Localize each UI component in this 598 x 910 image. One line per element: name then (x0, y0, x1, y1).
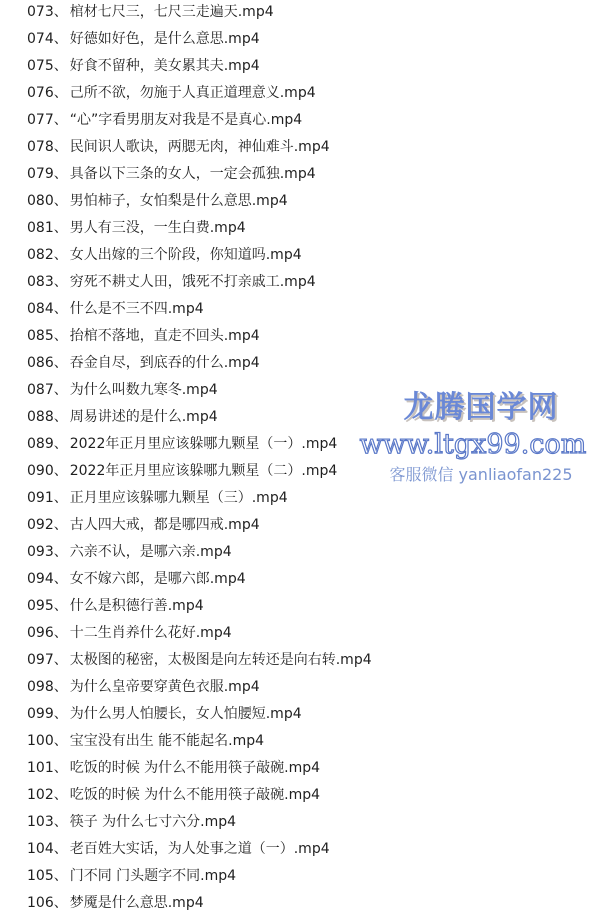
watermark-contact: 客服微信 yanliaofan225 (364, 462, 598, 488)
file-number: 073 (27, 0, 54, 26)
file-list-item: 086、吞金自尽，到底吞的什么.mp4 (27, 350, 372, 377)
file-name: 六亲不认，是哪六亲.mp4 (70, 544, 232, 560)
file-separator: 、 (54, 566, 70, 593)
file-list-item: 078、民间识人歌诀，两腮无肉，神仙难斗.mp4 (27, 134, 372, 161)
file-number: 101 (27, 755, 54, 782)
file-number: 088 (27, 404, 54, 431)
file-name: “心”字看男朋友对我是不是真心.mp4 (70, 112, 302, 128)
file-separator: 、 (54, 647, 70, 674)
file-list-item: 105、门不同 门头题字不同.mp4 (27, 863, 372, 890)
file-number: 089 (27, 431, 54, 458)
file-number: 098 (27, 674, 54, 701)
file-separator: 、 (54, 107, 70, 134)
file-number: 076 (27, 80, 54, 107)
file-number: 074 (27, 26, 54, 53)
file-name: 为什么叫数九寒冬.mp4 (70, 382, 218, 398)
file-number: 106 (27, 890, 54, 910)
file-separator: 、 (54, 0, 70, 26)
file-separator: 、 (54, 782, 70, 809)
file-separator: 、 (54, 215, 70, 242)
file-number: 096 (27, 620, 54, 647)
file-number: 104 (27, 836, 54, 863)
file-name: 女人出嫁的三个阶段，你知道吗.mp4 (70, 247, 302, 263)
file-number: 093 (27, 539, 54, 566)
file-separator: 、 (54, 485, 70, 512)
file-number: 100 (27, 728, 54, 755)
file-list-item: 099、为什么男人怕腰长，女人怕腰短.mp4 (27, 701, 372, 728)
file-separator: 、 (54, 134, 70, 161)
file-separator: 、 (54, 404, 70, 431)
file-name: 太极图的秘密，太极图是向左转还是向右转.mp4 (70, 652, 372, 668)
watermark-title: 龙腾国学网 (364, 388, 598, 428)
file-number: 092 (27, 512, 54, 539)
file-number: 078 (27, 134, 54, 161)
file-separator: 、 (54, 809, 70, 836)
file-number: 102 (27, 782, 54, 809)
file-name: 女不嫁六郎，是哪六郎.mp4 (70, 571, 246, 587)
file-separator: 、 (54, 890, 70, 910)
file-list-item: 092、古人四大戒，都是哪四戒.mp4 (27, 512, 372, 539)
file-name: 为什么皇帝要穿黄色衣服.mp4 (70, 679, 260, 695)
file-list: 073、棺材七尺三，七尺三走遍天.mp4074、好德如好色，是什么意思.mp40… (27, 0, 372, 910)
file-name: 什么是不三不四.mp4 (70, 301, 204, 317)
file-name: 门不同 门头题字不同.mp4 (70, 868, 236, 884)
file-list-item: 096、十二生肖养什么花好.mp4 (27, 620, 372, 647)
file-name: 民间识人歌诀，两腮无肉，神仙难斗.mp4 (70, 139, 330, 155)
file-list-item: 090、2022年正月里应该躲哪九颗星（二）.mp4 (27, 458, 372, 485)
file-name: 为什么男人怕腰长，女人怕腰短.mp4 (70, 706, 302, 722)
file-number: 095 (27, 593, 54, 620)
file-name: 2022年正月里应该躲哪九颗星（二）.mp4 (70, 463, 338, 479)
file-number: 084 (27, 296, 54, 323)
file-name: 正月里应该躲哪九颗星（三）.mp4 (70, 490, 288, 506)
file-list-item: 102、吃饭的时候 为什么不能用筷子敲碗.mp4 (27, 782, 372, 809)
file-name: 男人有三没，一生白费.mp4 (70, 220, 246, 236)
file-list-item: 103、筷子 为什么七寸六分.mp4 (27, 809, 372, 836)
watermark: 龙腾国学网 www.ltgx99.com 客服微信 yanliaofan225 (350, 388, 598, 488)
file-number: 091 (27, 485, 54, 512)
file-list-item: 100、宝宝没有出生 能不能起名.mp4 (27, 728, 372, 755)
file-separator: 、 (54, 728, 70, 755)
file-list-item: 094、女不嫁六郎，是哪六郎.mp4 (27, 566, 372, 593)
file-list-item: 098、为什么皇帝要穿黄色衣服.mp4 (27, 674, 372, 701)
file-separator: 、 (54, 188, 70, 215)
file-separator: 、 (54, 539, 70, 566)
file-number: 075 (27, 53, 54, 80)
file-separator: 、 (54, 701, 70, 728)
file-name: 老百姓大实话，为人处事之道（一）.mp4 (70, 841, 330, 857)
file-name: 棺材七尺三，七尺三走遍天.mp4 (70, 4, 274, 20)
file-number: 086 (27, 350, 54, 377)
file-number: 085 (27, 323, 54, 350)
file-list-item: 095、什么是积德行善.mp4 (27, 593, 372, 620)
file-number: 103 (27, 809, 54, 836)
file-number: 099 (27, 701, 54, 728)
file-name: 2022年正月里应该躲哪九颗星（一）.mp4 (70, 436, 338, 452)
file-separator: 、 (54, 296, 70, 323)
file-list-item: 080、男怕柿子，女怕梨是什么意思.mp4 (27, 188, 372, 215)
file-list-item: 074、好德如好色，是什么意思.mp4 (27, 26, 372, 53)
file-number: 094 (27, 566, 54, 593)
file-separator: 、 (54, 323, 70, 350)
file-separator: 、 (54, 350, 70, 377)
file-separator: 、 (54, 512, 70, 539)
file-number: 081 (27, 215, 54, 242)
file-name: 周易讲述的是什么.mp4 (70, 409, 218, 425)
file-separator: 、 (54, 161, 70, 188)
file-separator: 、 (54, 53, 70, 80)
file-number: 090 (27, 458, 54, 485)
file-separator: 、 (54, 377, 70, 404)
file-name: 吞金自尽，到底吞的什么.mp4 (70, 355, 260, 371)
file-separator: 、 (54, 458, 70, 485)
file-list-item: 079、具备以下三条的女人，一定会孤独.mp4 (27, 161, 372, 188)
file-list-item: 083、穷死不耕丈人田，饿死不打亲戚工.mp4 (27, 269, 372, 296)
file-separator: 、 (54, 836, 70, 863)
file-list-item: 087、为什么叫数九寒冬.mp4 (27, 377, 372, 404)
file-list-item: 101、吃饭的时候 为什么不能用筷子敲碗.mp4 (27, 755, 372, 782)
file-list-item: 075、好食不留种，美女累其夫.mp4 (27, 53, 372, 80)
file-separator: 、 (54, 269, 70, 296)
file-number: 087 (27, 377, 54, 404)
file-number: 079 (27, 161, 54, 188)
file-list-item: 081、男人有三没，一生白费.mp4 (27, 215, 372, 242)
file-list-item: 082、女人出嫁的三个阶段，你知道吗.mp4 (27, 242, 372, 269)
file-separator: 、 (54, 242, 70, 269)
file-list-item: 093、六亲不认，是哪六亲.mp4 (27, 539, 372, 566)
file-name: 吃饭的时候 为什么不能用筷子敲碗.mp4 (70, 787, 320, 803)
file-separator: 、 (54, 26, 70, 53)
file-list-item: 084、什么是不三不四.mp4 (27, 296, 372, 323)
file-separator: 、 (54, 674, 70, 701)
file-list-item: 085、抬棺不落地，直走不回头.mp4 (27, 323, 372, 350)
file-number: 083 (27, 269, 54, 296)
file-name: 好食不留种，美女累其夫.mp4 (70, 58, 260, 74)
file-name: 古人四大戒，都是哪四戒.mp4 (70, 517, 260, 533)
file-name: 穷死不耕丈人田，饿死不打亲戚工.mp4 (70, 274, 316, 290)
file-name: 筷子 为什么七寸六分.mp4 (70, 814, 236, 830)
file-name: 什么是积德行善.mp4 (70, 598, 204, 614)
file-list-item: 097、太极图的秘密，太极图是向左转还是向右转.mp4 (27, 647, 372, 674)
file-number: 097 (27, 647, 54, 674)
file-list-item: 089、2022年正月里应该躲哪九颗星（一）.mp4 (27, 431, 372, 458)
file-name: 具备以下三条的女人，一定会孤独.mp4 (70, 166, 316, 182)
file-separator: 、 (54, 755, 70, 782)
file-name: 男怕柿子，女怕梨是什么意思.mp4 (70, 193, 288, 209)
file-name: 宝宝没有出生 能不能起名.mp4 (70, 733, 264, 749)
file-name: 抬棺不落地，直走不回头.mp4 (70, 328, 260, 344)
file-list-item: 088、周易讲述的是什么.mp4 (27, 404, 372, 431)
file-number: 080 (27, 188, 54, 215)
file-number: 082 (27, 242, 54, 269)
file-list-item: 104、老百姓大实话，为人处事之道（一）.mp4 (27, 836, 372, 863)
file-list-item: 106、梦魇是什么意思.mp4 (27, 890, 372, 910)
file-list-item: 076、己所不欲，勿施于人真正道理意义.mp4 (27, 80, 372, 107)
file-separator: 、 (54, 593, 70, 620)
file-list-item: 091、正月里应该躲哪九颗星（三）.mp4 (27, 485, 372, 512)
watermark-url: www.ltgx99.com (348, 428, 598, 462)
file-name: 吃饭的时候 为什么不能用筷子敲碗.mp4 (70, 760, 320, 776)
file-separator: 、 (54, 863, 70, 890)
file-name: 好德如好色，是什么意思.mp4 (70, 31, 260, 47)
file-number: 105 (27, 863, 54, 890)
file-name: 十二生肖养什么花好.mp4 (70, 625, 232, 641)
file-separator: 、 (54, 80, 70, 107)
file-list-item: 077、“心”字看男朋友对我是不是真心.mp4 (27, 107, 372, 134)
file-list-item: 073、棺材七尺三，七尺三走遍天.mp4 (27, 0, 372, 26)
file-separator: 、 (54, 620, 70, 647)
file-separator: 、 (54, 431, 70, 458)
file-number: 077 (27, 107, 54, 134)
file-name: 梦魇是什么意思.mp4 (70, 895, 204, 910)
file-name: 己所不欲，勿施于人真正道理意义.mp4 (70, 85, 316, 101)
